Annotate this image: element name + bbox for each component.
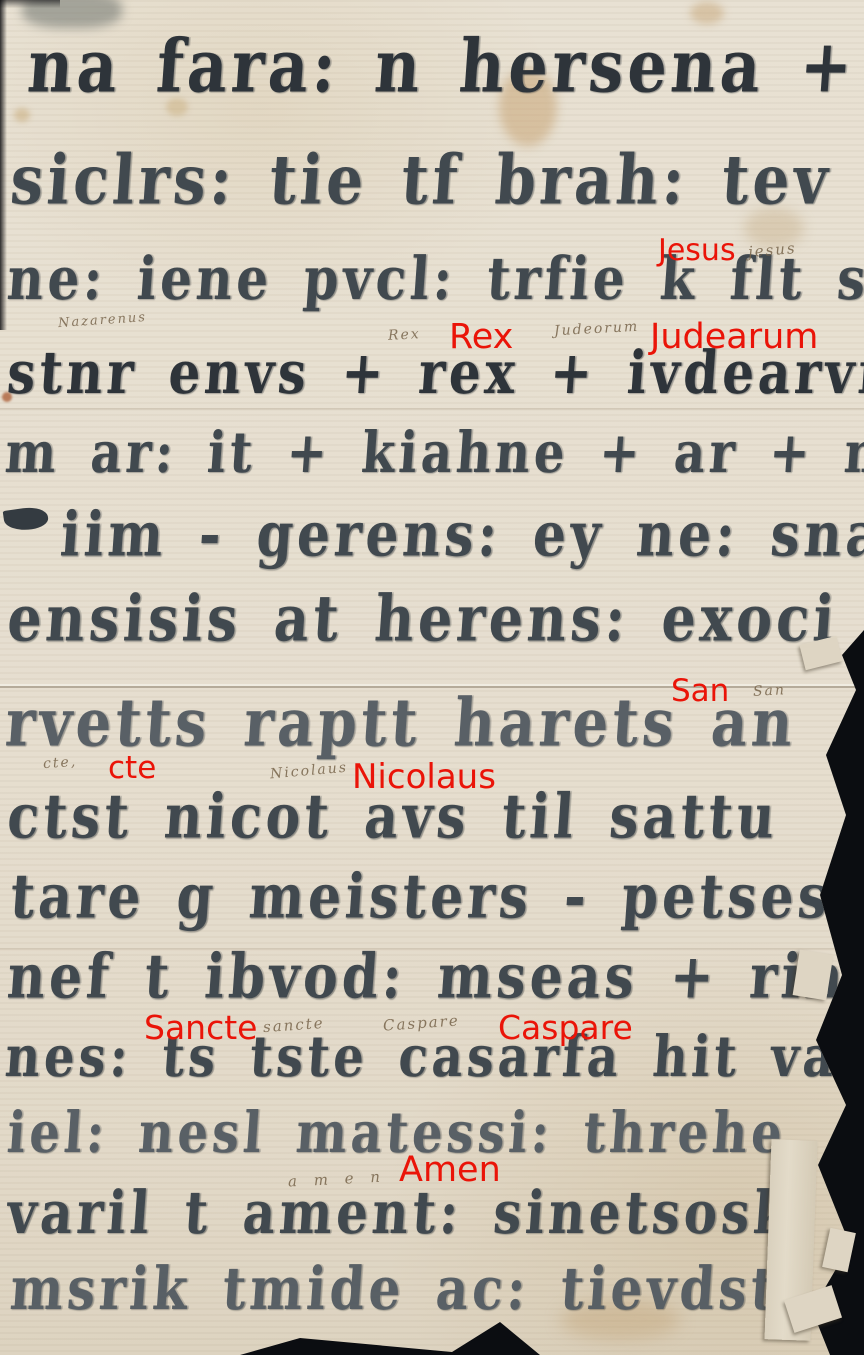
cursive-nazarenus: Nazarenus xyxy=(58,311,148,330)
gothic-line: tare g meisters - petses: xyxy=(8,861,857,933)
gothic-line: iim - gerens: ey ne: snag xyxy=(58,499,864,571)
annotation-cte: cte xyxy=(108,753,156,784)
ink-blot xyxy=(3,505,50,533)
annotation-nicolaus: Nicolaus xyxy=(352,760,496,794)
cursive-san: San xyxy=(753,683,787,699)
cursive-cte: cte, xyxy=(43,755,78,771)
cursive-rex: Rex xyxy=(388,327,421,343)
gothic-line: ensisis at herens: exoci xyxy=(5,580,840,656)
annotation-caspare: Caspare xyxy=(498,1011,633,1044)
paper-crease xyxy=(0,408,864,411)
annotation-rex: Rex xyxy=(449,320,513,355)
annotation-sancte: Sancte xyxy=(144,1011,257,1044)
paper-stain xyxy=(690,2,724,24)
cursive-jesus: jesus xyxy=(747,241,797,260)
cursive-sancte: sancte xyxy=(263,1016,326,1035)
gothic-line: nes: ts tste casarfa hit vae xyxy=(3,1024,864,1090)
paper-stain xyxy=(14,108,30,122)
annotation-judearum: Judearum xyxy=(650,320,818,355)
manuscript-photo: na fara: n hersena + siclrs: tie tf brah… xyxy=(0,0,864,1355)
annotation-jesus: Jesus xyxy=(658,236,736,266)
cursive-nicolaus: Nicolaus xyxy=(270,761,349,782)
gothic-line: m ar: it + kiahne + ar + m it: xyxy=(3,420,864,486)
annotation-san: San xyxy=(671,676,729,707)
annotation-amen: Amen xyxy=(399,1153,501,1188)
cursive-judeorum: Judeorum xyxy=(554,320,640,338)
gothic-line: msrik tmide ac: tievdstv xyxy=(8,1253,813,1323)
gothic-line: nef t ibvod: mseas + rins xyxy=(5,941,864,1013)
gothic-line: iel: nesl matessi: threhe xyxy=(5,1100,788,1166)
torn-paper-flap xyxy=(793,950,834,1001)
gothic-line: siclrs: tie tf brah: tev xyxy=(8,140,834,220)
gothic-line: na fara: n hersena + xyxy=(25,23,859,109)
